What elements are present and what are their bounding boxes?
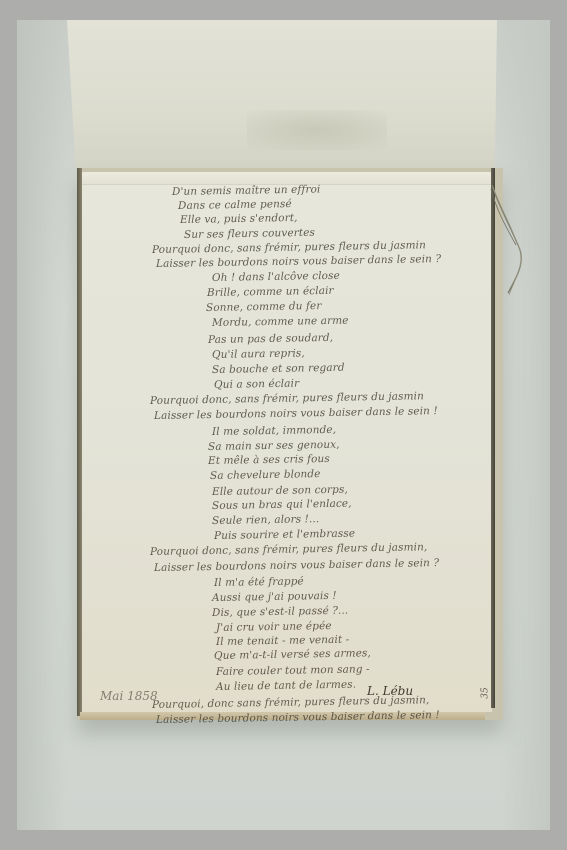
- binding-thread-icon: [490, 175, 530, 300]
- poem-line: Sa chevelure blonde: [210, 468, 321, 482]
- poem-line: Sa bouche et son regard: [212, 362, 345, 376]
- poem-line: Il m'a été frappé: [214, 575, 304, 589]
- poem-line: J'ai cru voir une épée: [216, 620, 332, 634]
- poem-line: Sous un bras qui l'enlace,: [212, 498, 352, 512]
- poem-line: Oh ! dans l'alcôve close: [212, 270, 340, 284]
- poem-line: Qu'il aura repris,: [212, 347, 305, 361]
- poem-line: Pas un pas de soudard,: [208, 332, 333, 346]
- backdrop-shadow-right: [500, 20, 550, 830]
- poem-line: Elle va, puis s'endort,: [180, 212, 298, 226]
- folio-number: 35: [481, 687, 491, 698]
- poem-line: Sa main sur ses genoux,: [208, 439, 340, 453]
- poem-line: Mordu, comme une arme: [212, 315, 349, 329]
- poem-line: Seule rien, alors !...: [212, 513, 319, 527]
- poem-line: Au lieu de tant de larmes.: [216, 679, 356, 693]
- poem-line: Qui a son éclair: [214, 378, 299, 391]
- poem-refrain-line: Pourquoi donc, sans frémir, pures fleurs…: [150, 541, 428, 558]
- poem-line: Que m'a-t-il versé ses armes,: [214, 647, 371, 662]
- poem-line: Et mêle à ses cris fous: [208, 453, 330, 467]
- manuscript-date: Mai 1858: [100, 689, 158, 703]
- poem-refrain-line: Pourquoi donc, sans frémir, pures fleurs…: [150, 390, 424, 407]
- author-signature: L. Lébu: [367, 684, 413, 698]
- upper-blank-page: [67, 20, 497, 168]
- poem-line: Faire couler tout mon sang -: [216, 663, 370, 678]
- poem-refrain-line: Laisser les bourdons noirs vous baiser d…: [156, 253, 441, 270]
- poem-line: D'un semis maître un effroi: [172, 183, 321, 198]
- poem-line: Dis, que s'est-il passé ?...: [212, 605, 349, 619]
- poem-line: Il me tenait - me venait -: [216, 634, 350, 648]
- poem-line: Puis sourire et l'embrasse: [214, 528, 355, 542]
- poem-line: Sonne, comme du fer: [206, 300, 322, 314]
- poem-line: Aussi que j'ai pouvais !: [212, 590, 337, 604]
- poem-line: Brille, comme un éclair: [207, 285, 334, 299]
- poem-line: Il me soldat, immonde,: [212, 424, 336, 438]
- backdrop-shadow-left: [17, 20, 67, 830]
- poem-line: Elle autour de son corps,: [212, 484, 348, 498]
- paper-stain: [247, 110, 387, 150]
- poem-line: Sur ses fleurs couvertes: [184, 227, 315, 241]
- poem-refrain-line: Laisser les bourdons noirs vous baiser d…: [154, 557, 439, 574]
- poem-line: Dans ce calme pensé: [178, 198, 292, 212]
- poem-text: D'un semis maître un effroiDans ce calme…: [82, 172, 492, 712]
- poem-refrain-line: Laisser les bourdons noirs vous baiser d…: [154, 405, 438, 422]
